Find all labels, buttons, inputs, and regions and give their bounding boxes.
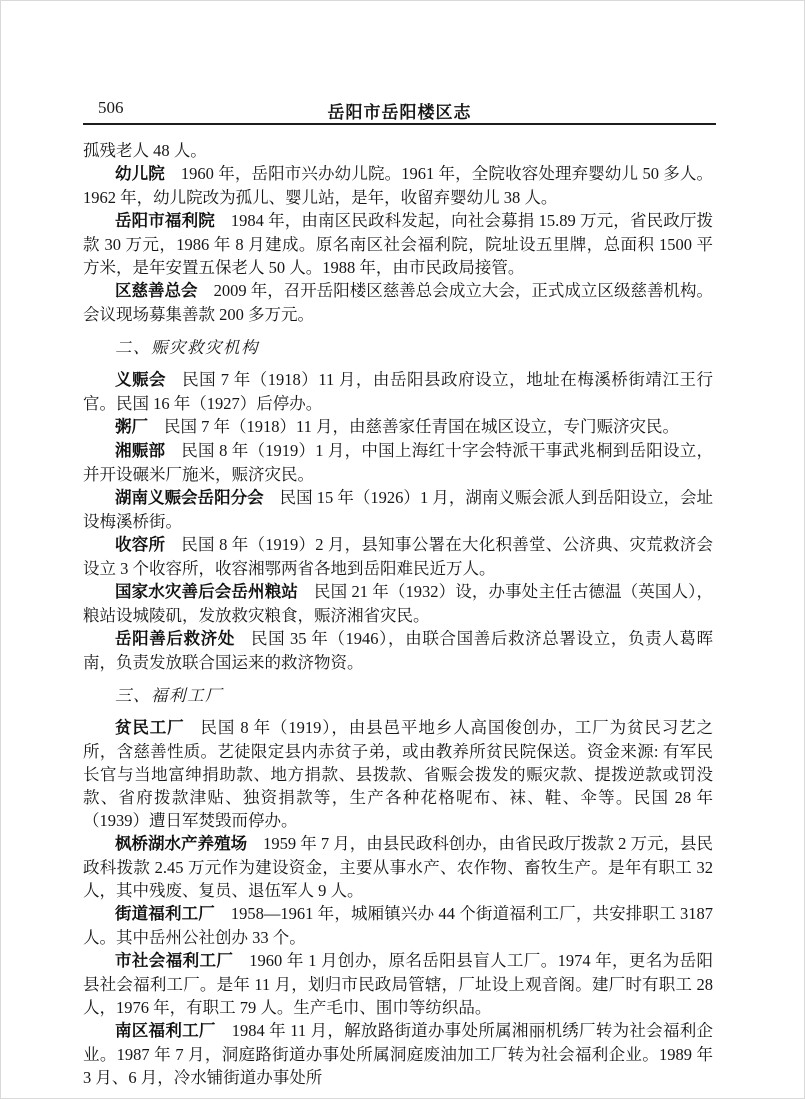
book-page: 506 岳阳市岳阳楼区志 孤残老人 48 人。幼儿院1960 年，岳阳市兴办幼儿… xyxy=(0,0,805,1099)
section-heading: 二、赈灾救灾机构 xyxy=(83,336,713,359)
entry-term: 岳阳善后救济处 xyxy=(115,630,251,648)
entry-paragraph: 南区福利工厂1984 年 11 月，解放路街道办事处所属湘丽机绣厂转为社会福利企… xyxy=(83,1019,713,1089)
entry-term: 贫民工厂 xyxy=(115,719,201,737)
continuation-paragraph: 孤残老人 48 人。 xyxy=(83,139,713,162)
entry-term: 南区福利工厂 xyxy=(115,1022,232,1040)
entry-term: 区慈善总会 xyxy=(115,282,214,300)
entry-paragraph: 国家水灾善后会岳州粮站民国 21 年（1932）设，办事处主任古德温（英国人），… xyxy=(83,580,713,627)
page-header: 506 岳阳市岳阳楼区志 xyxy=(83,98,716,122)
entry-paragraph: 枫桥湖水产养殖场1959 年 7 月，由县民政科创办，由省民政厅拨款 2 万元，… xyxy=(83,832,713,902)
page-body: 孤残老人 48 人。幼儿院1960 年，岳阳市兴办幼儿院。1961 年，全院收容… xyxy=(83,139,713,1089)
entry-paragraph: 粥厂民国 7 年（1918）11 月，由慈善家任青国在城区设立，专门赈济灾民。 xyxy=(83,415,713,439)
entry-paragraph: 湘赈部民国 8 年（1919）1 月，中国上海红十字会特派干事武兆桐到岳阳设立，… xyxy=(83,439,713,486)
entry-paragraph: 义赈会民国 7 年（1918）11 月，由岳阳县政府设立，地址在梅溪桥街靖江王行… xyxy=(83,368,713,415)
header-rule xyxy=(83,123,716,125)
entry-term: 粥厂 xyxy=(115,418,164,436)
entry-text: 孤残老人 48 人。 xyxy=(83,141,207,160)
running-title: 岳阳市岳阳楼区志 xyxy=(83,98,716,123)
entry-term: 国家水灾善后会岳州粮站 xyxy=(115,583,314,601)
entry-term: 枫桥湖水产养殖场 xyxy=(115,835,263,853)
entry-term: 市社会福利工厂 xyxy=(115,952,249,970)
entry-paragraph: 区慈善总会2009 年，召开岳阳楼区慈善总会成立大会，正式成立区级慈善机构。会议… xyxy=(83,279,713,326)
entry-paragraph: 幼儿院1960 年，岳阳市兴办幼儿院。1961 年，全院收容处理弃婴幼儿 50 … xyxy=(83,162,713,209)
entry-paragraph: 市社会福利工厂1960 年 1 月创办，原名岳阳县盲人工厂。1974 年，更名为… xyxy=(83,949,713,1019)
entry-paragraph: 收容所民国 8 年（1919）2 月，县知事公署在大化积善堂、公济典、灾荒救济会… xyxy=(83,533,713,580)
entry-paragraph: 岳阳市福利院1984 年，由南区民政科发起，向社会募捐 15.89 万元，省民政… xyxy=(83,209,713,279)
entry-term: 湖南义赈会岳阳分会 xyxy=(115,489,280,507)
entry-term: 收容所 xyxy=(115,536,181,554)
section-heading: 三、福利工厂 xyxy=(83,684,713,707)
entry-paragraph: 岳阳善后救济处民国 35 年（1946），由联合国善后救济总署设立，负责人葛晖南… xyxy=(83,627,713,674)
entry-term: 义赈会 xyxy=(115,371,182,389)
entry-term: 岳阳市福利院 xyxy=(115,212,231,230)
entry-term: 街道福利工厂 xyxy=(115,905,231,923)
entry-text: 民国 7 年（1918）11 月，由慈善家任青国在城区设立，专门赈济灾民。 xyxy=(164,417,679,436)
entry-paragraph: 贫民工厂民国 8 年（1919），由县邑平地乡人高国俊创办，工厂为贫民习艺之所，… xyxy=(83,716,713,832)
entry-paragraph: 街道福利工厂1958—1961 年，城厢镇兴办 44 个街道福利工厂，共安排职工… xyxy=(83,902,713,949)
entry-term: 幼儿院 xyxy=(115,165,181,183)
entry-paragraph: 湖南义赈会岳阳分会民国 15 年（1926）1 月，湖南义赈会派人到岳阳设立，会… xyxy=(83,486,713,533)
entry-term: 湘赈部 xyxy=(115,442,181,460)
